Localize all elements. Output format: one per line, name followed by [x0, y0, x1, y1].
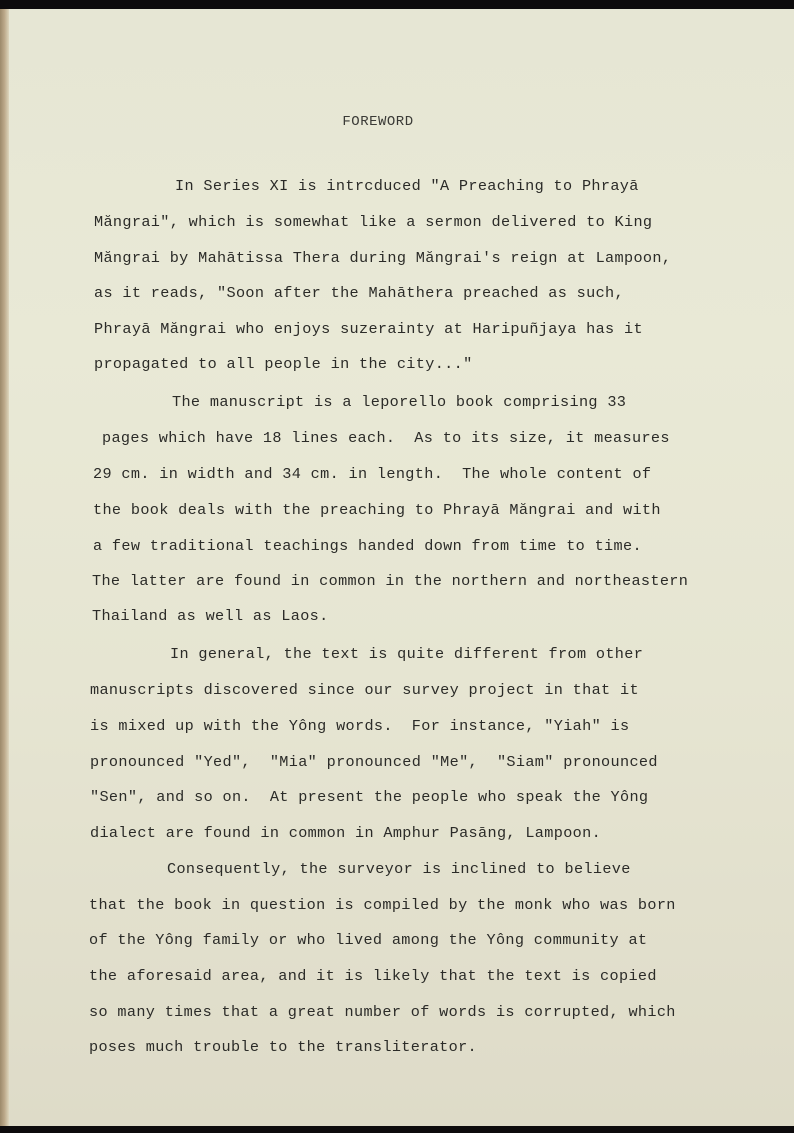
paragraph-2-line-3: 29 cm. in width and 34 cm. in length. Th… — [93, 465, 651, 483]
paragraph-1-line-1: In Series XI is intrcduced "A Preaching … — [175, 177, 639, 195]
paragraph-1-line-4: as it reads, "Soon after the Mahāthera p… — [94, 284, 624, 302]
paragraph-1-line-6: propagated to all people in the city..." — [94, 355, 473, 373]
paragraph-2-line-2: pages which have 18 lines each. As to it… — [102, 429, 670, 447]
paragraph-4-line-2: that the book in question is compiled by… — [89, 896, 676, 914]
paragraph-3-line-2: manuscripts discovered since our survey … — [90, 681, 639, 699]
paragraph-3-line-5: "Sen", and so on. At present the people … — [90, 788, 648, 806]
paragraph-1-line-3: Măngrai by Mahātissa Thera during Măngra… — [94, 249, 671, 267]
paragraph-4-line-6: poses much trouble to the transliterator… — [89, 1038, 477, 1056]
paragraph-4-line-3: of the Yông family or who lived among th… — [89, 931, 647, 949]
page-title: FOREWORD — [0, 114, 756, 130]
paragraph-4-line-5: so many times that a great number of wor… — [89, 1003, 676, 1021]
paragraph-3-line-3: is mixed up with the Yông words. For ins… — [90, 717, 629, 735]
paragraph-2-line-4: the book deals with the preaching to Phr… — [93, 501, 661, 519]
paragraph-3-line-4: pronounced "Yed", "Mia" pronounced "Me",… — [90, 753, 658, 771]
paragraph-3-line-1: In general, the text is quite different … — [170, 645, 643, 663]
paragraph-2-line-1: The manuscript is a leporello book compr… — [172, 393, 626, 411]
paragraph-4-line-4: the aforesaid area, and it is likely tha… — [89, 967, 657, 985]
paragraph-3-line-6: dialect are found in common in Amphur Pa… — [90, 824, 601, 842]
paragraph-2-line-5: a few traditional teachings handed down … — [93, 537, 642, 555]
paragraph-4-line-1: Consequently, the surveyor is inclined t… — [167, 860, 631, 878]
scanned-page: FOREWORD In Series XI is intrcduced "A P… — [0, 9, 794, 1126]
paragraph-1-line-5: Phrayā Măngrai who enjoys suzerainty at … — [94, 320, 643, 338]
paragraph-2-line-7: Thailand as well as Laos. — [92, 607, 329, 625]
paragraph-1-line-2: Măngrai", which is somewhat like a sermo… — [94, 213, 652, 231]
paragraph-2-line-6: The latter are found in common in the no… — [92, 572, 688, 590]
